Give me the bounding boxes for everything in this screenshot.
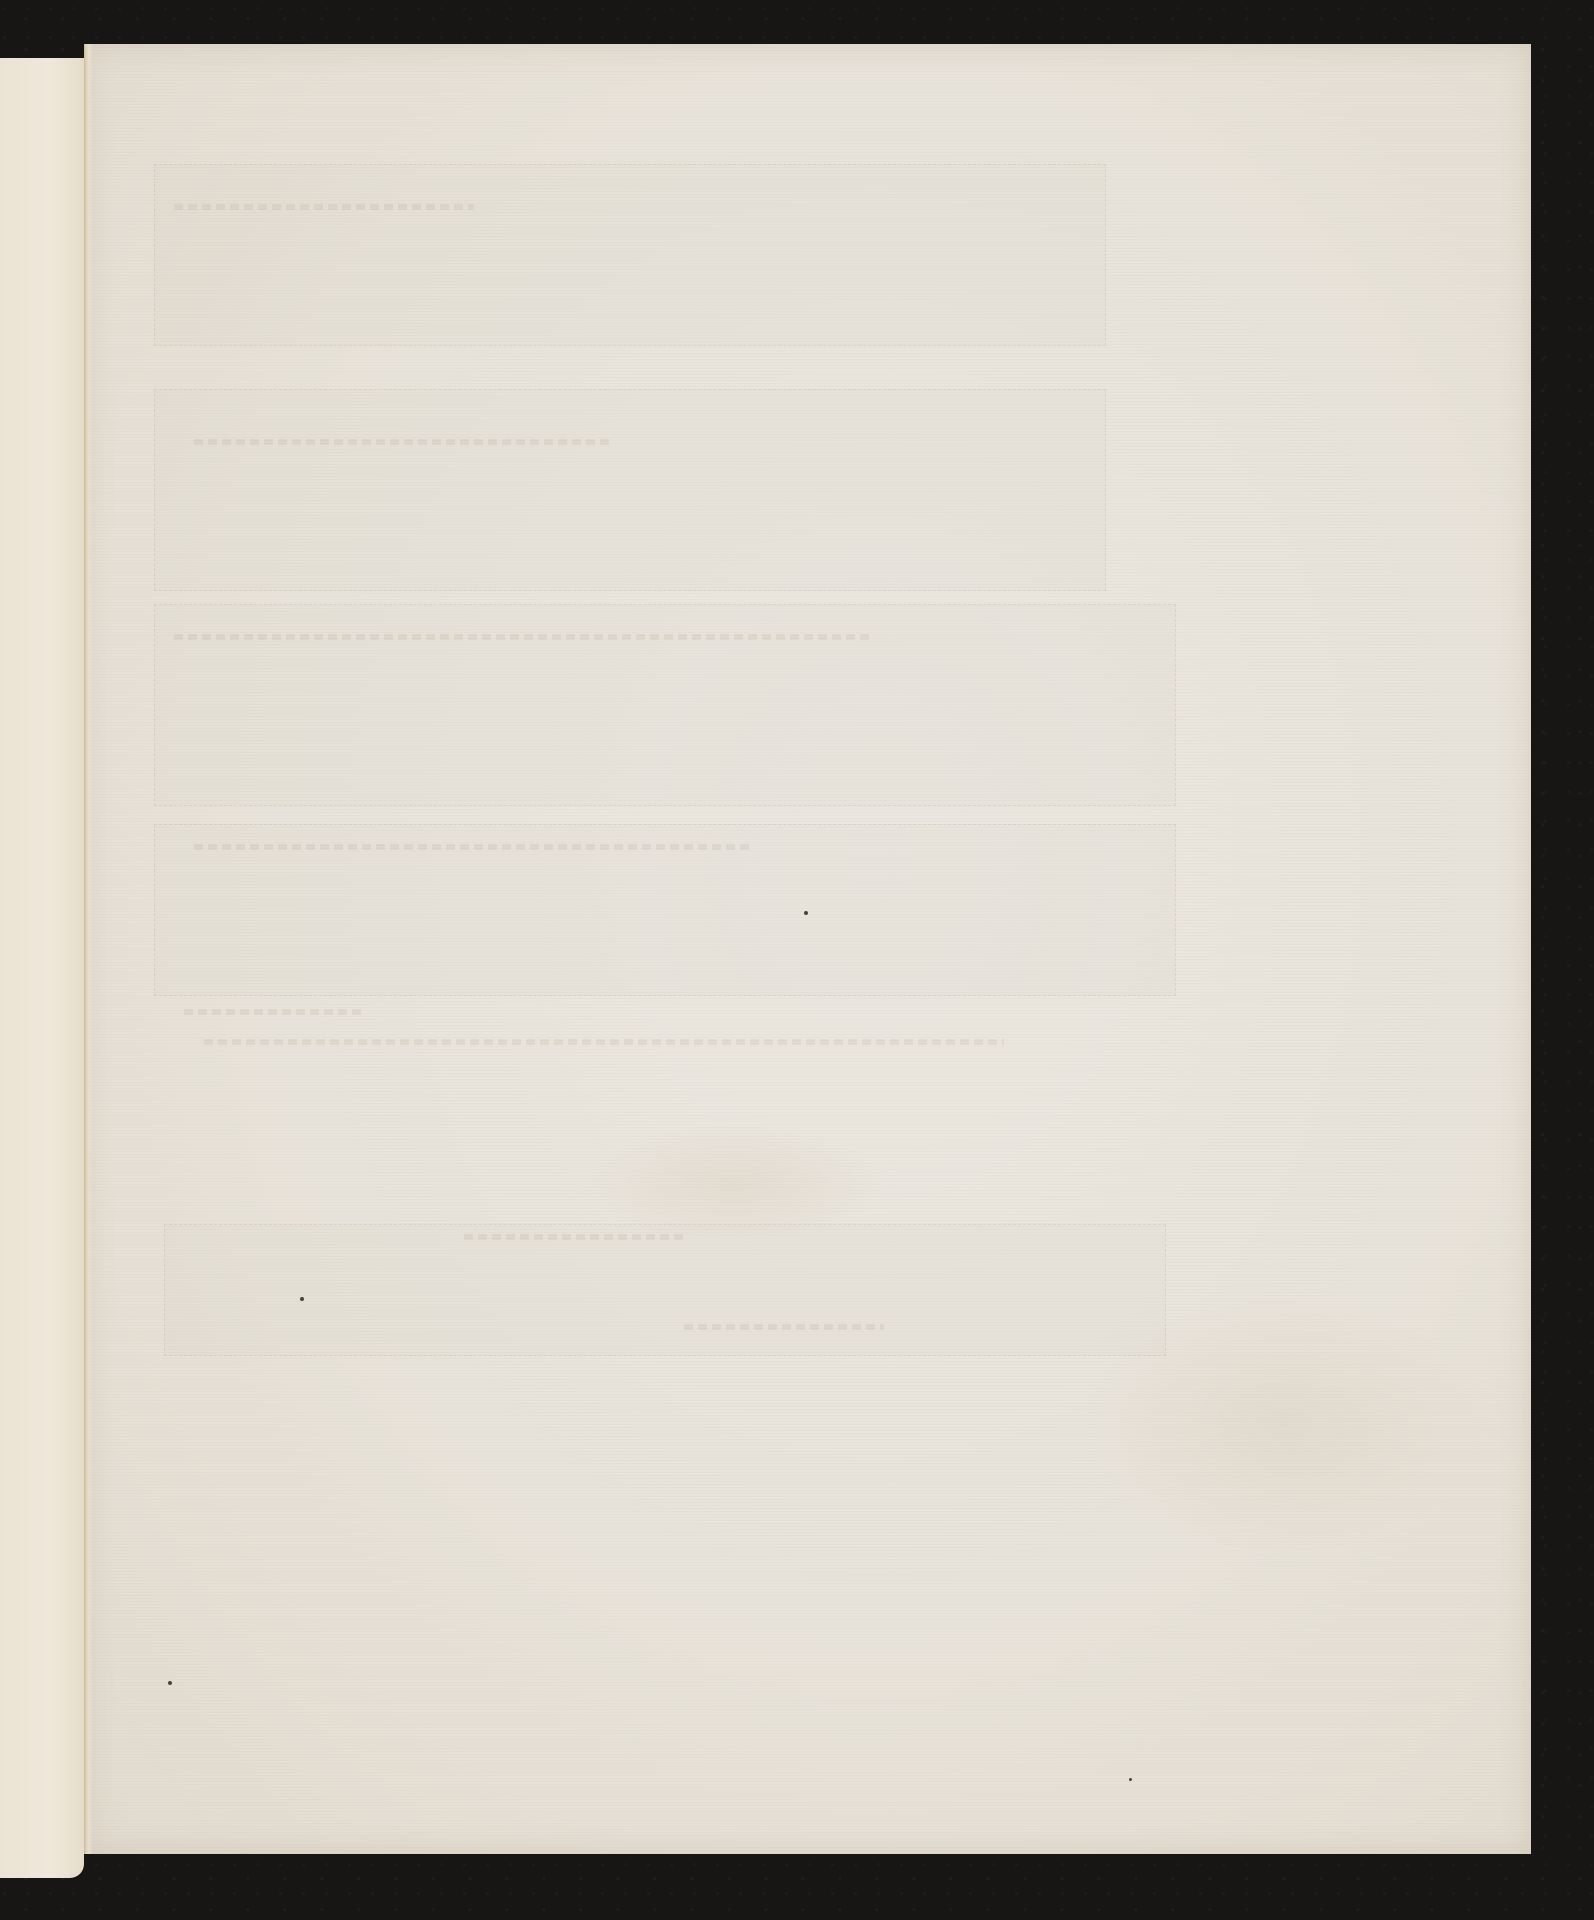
ghost-text-line: [464, 1234, 684, 1240]
showthrough-block-2: [154, 389, 1106, 591]
blank-page: [84, 44, 1531, 1854]
foxing-spot: [300, 1297, 304, 1301]
foxing-spot: [1129, 1778, 1132, 1781]
foxing-spot: [804, 911, 808, 915]
ghost-text-line: [204, 1039, 1004, 1045]
left-page-leaf: [0, 58, 84, 1878]
ghost-text-line: [684, 1324, 884, 1330]
ghost-text-line: [174, 634, 874, 640]
ghost-text-line: [184, 1009, 364, 1015]
foxing-spot: [168, 1681, 172, 1685]
gutter-fold: [84, 44, 93, 1854]
ghost-text-line: [194, 439, 614, 445]
showthrough-block-1: [154, 164, 1106, 346]
paper-stain: [1084, 1294, 1484, 1554]
showthrough-block-5: [164, 1224, 1166, 1356]
ghost-text-line: [174, 204, 474, 210]
ghost-text-line: [194, 844, 754, 850]
paper-stain: [584, 1124, 884, 1244]
